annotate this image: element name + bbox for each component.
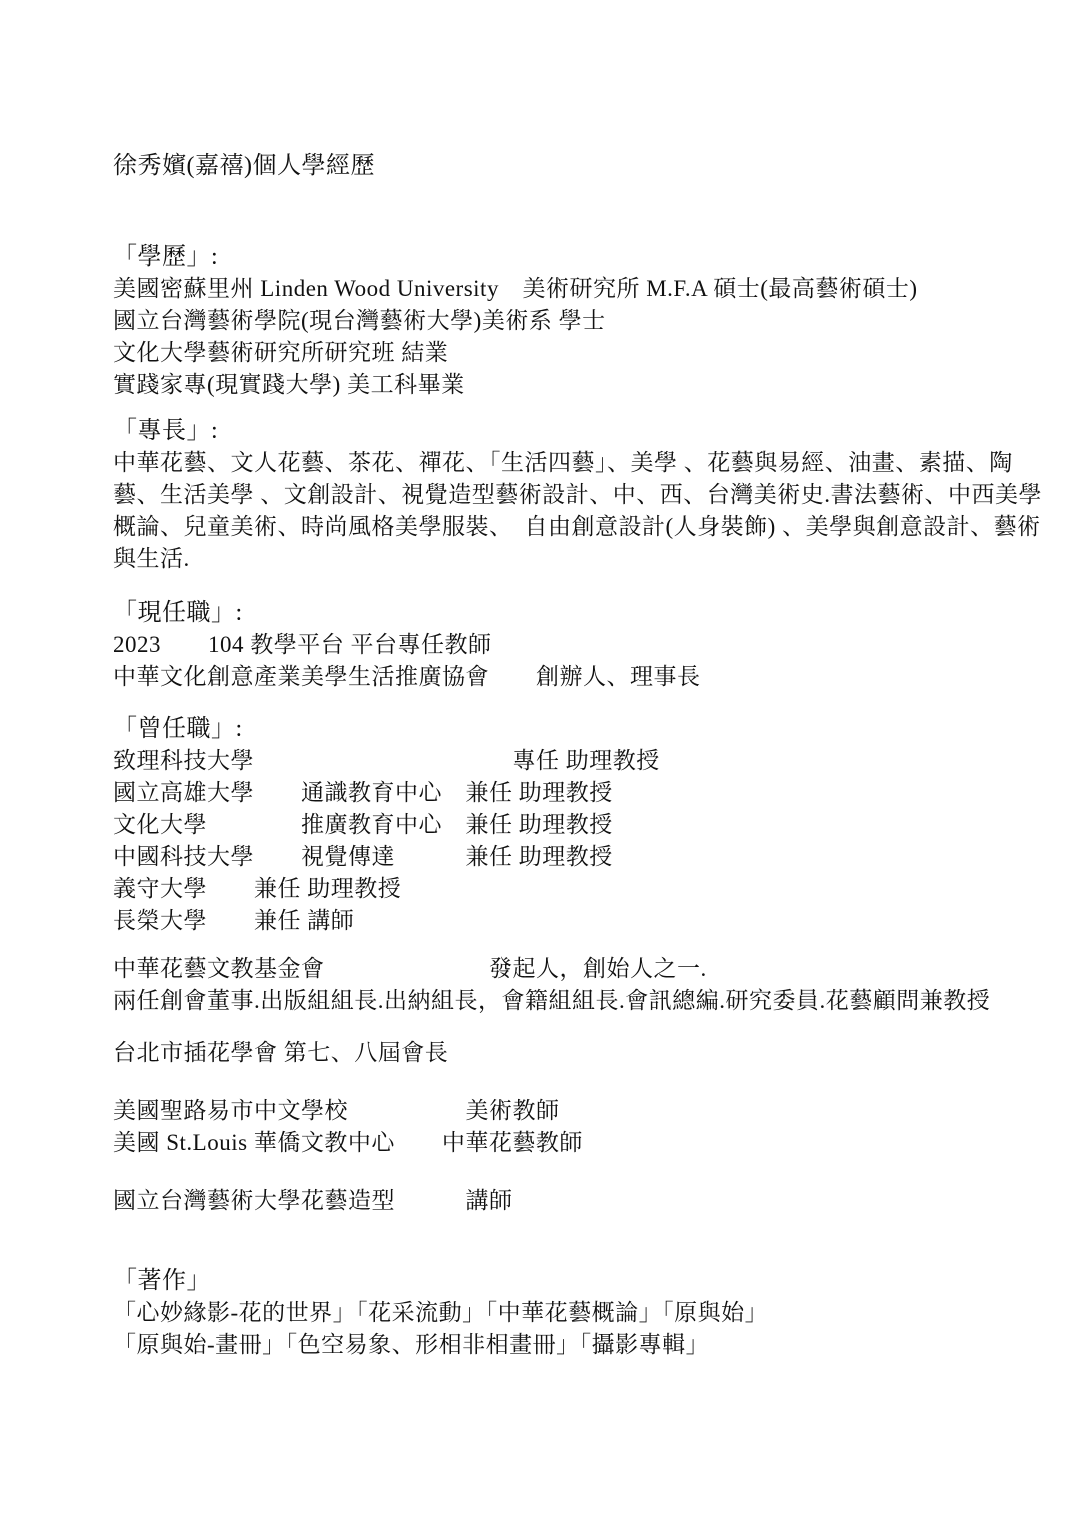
- education-line: 國立台灣藝術學院(現台灣藝術大學)美術系 學士: [113, 305, 1053, 337]
- past-position-line: 致理科技大學 專任 助理教授: [113, 745, 1053, 777]
- page-title: 徐秀嬪(嘉禧)個人學經歷: [113, 150, 1053, 182]
- foundation-line: 兩任創會董事.出版組組長.出納組長，會籍組組長.會訊總編.研究委員.花藝顧問兼教…: [113, 985, 1053, 1017]
- foundation-line: 中華花藝文教基金會 發起人，創始人之一.: [113, 953, 1053, 985]
- document-page: 徐秀嬪(嘉禧)個人學經歷 「學歷」: 美國密蘇里州 Linden Wood Un…: [0, 0, 1076, 1522]
- document-content: 徐秀嬪(嘉禧)個人學經歷 「學歷」: 美國密蘇里州 Linden Wood Un…: [113, 0, 1053, 1361]
- section-current-positions: 「現任職」: 2023 104 教學平台 平台專任教師 中華文化創意產業美學生活…: [113, 597, 1053, 693]
- past-position-line: 文化大學 推廣教育中心 兼任 助理教授: [113, 809, 1053, 841]
- ntua-line: 國立台灣藝術大學花藝造型 講師: [113, 1185, 1053, 1217]
- section-specialties: 「專長」: 中華花藝、文人花藝、茶花、禪花、「生活四藝」、美學 、花藝與易經、油…: [113, 415, 1053, 575]
- past-position-line: 義守大學 兼任 助理教授: [113, 873, 1053, 905]
- past-position-line: 國立高雄大學 通識教育中心 兼任 助理教授: [113, 777, 1053, 809]
- us-school-line: 美國 St.Louis 華僑文教中心 中華花藝教師: [113, 1127, 1053, 1159]
- current-positions-heading: 「現任職」:: [113, 597, 1053, 629]
- specialties-heading: 「專長」:: [113, 415, 1053, 447]
- ikebana-association-line: 台北市插花學會 第七、八屆會長: [113, 1037, 1053, 1069]
- publications-line: 「心妙緣影-花的世界」「花采流動」「中華花藝概論」「原與始」: [113, 1297, 1053, 1329]
- section-past-positions: 「曾任職」: 致理科技大學 專任 助理教授 國立高雄大學 通識教育中心 兼任 助…: [113, 713, 1053, 1217]
- past-position-line: 長榮大學 兼任 講師: [113, 905, 1053, 937]
- education-line: 美國密蘇里州 Linden Wood University 美術研究所 M.F.…: [113, 273, 1053, 305]
- specialties-body: 中華花藝、文人花藝、茶花、禪花、「生活四藝」、美學 、花藝與易經、油畫、素描、陶…: [113, 447, 1051, 575]
- publications-heading: 「著作」: [113, 1265, 1053, 1297]
- publications-line: 「原與始-畫冊」「色空易象、形相非相畫冊」「攝影專輯」: [113, 1329, 1053, 1361]
- section-publications: 「著作」 「心妙緣影-花的世界」「花采流動」「中華花藝概論」「原與始」 「原與始…: [113, 1265, 1053, 1361]
- education-line: 文化大學藝術研究所研究班 結業: [113, 337, 1053, 369]
- education-heading: 「學歷」:: [113, 241, 1053, 273]
- us-school-line: 美國聖路易市中文學校 美術教師: [113, 1095, 1053, 1127]
- education-line: 實踐家專(現實踐大學) 美工科畢業: [113, 369, 1053, 401]
- past-positions-heading: 「曾任職」:: [113, 713, 1053, 745]
- past-position-line: 中國科技大學 視覺傳達 兼任 助理教授: [113, 841, 1053, 873]
- section-education: 「學歷」: 美國密蘇里州 Linden Wood University 美術研究…: [113, 241, 1053, 401]
- current-position-line: 中華文化創意產業美學生活推廣協會 創辦人、理事長: [113, 661, 1053, 693]
- current-position-line: 2023 104 教學平台 平台專任教師: [113, 629, 1053, 661]
